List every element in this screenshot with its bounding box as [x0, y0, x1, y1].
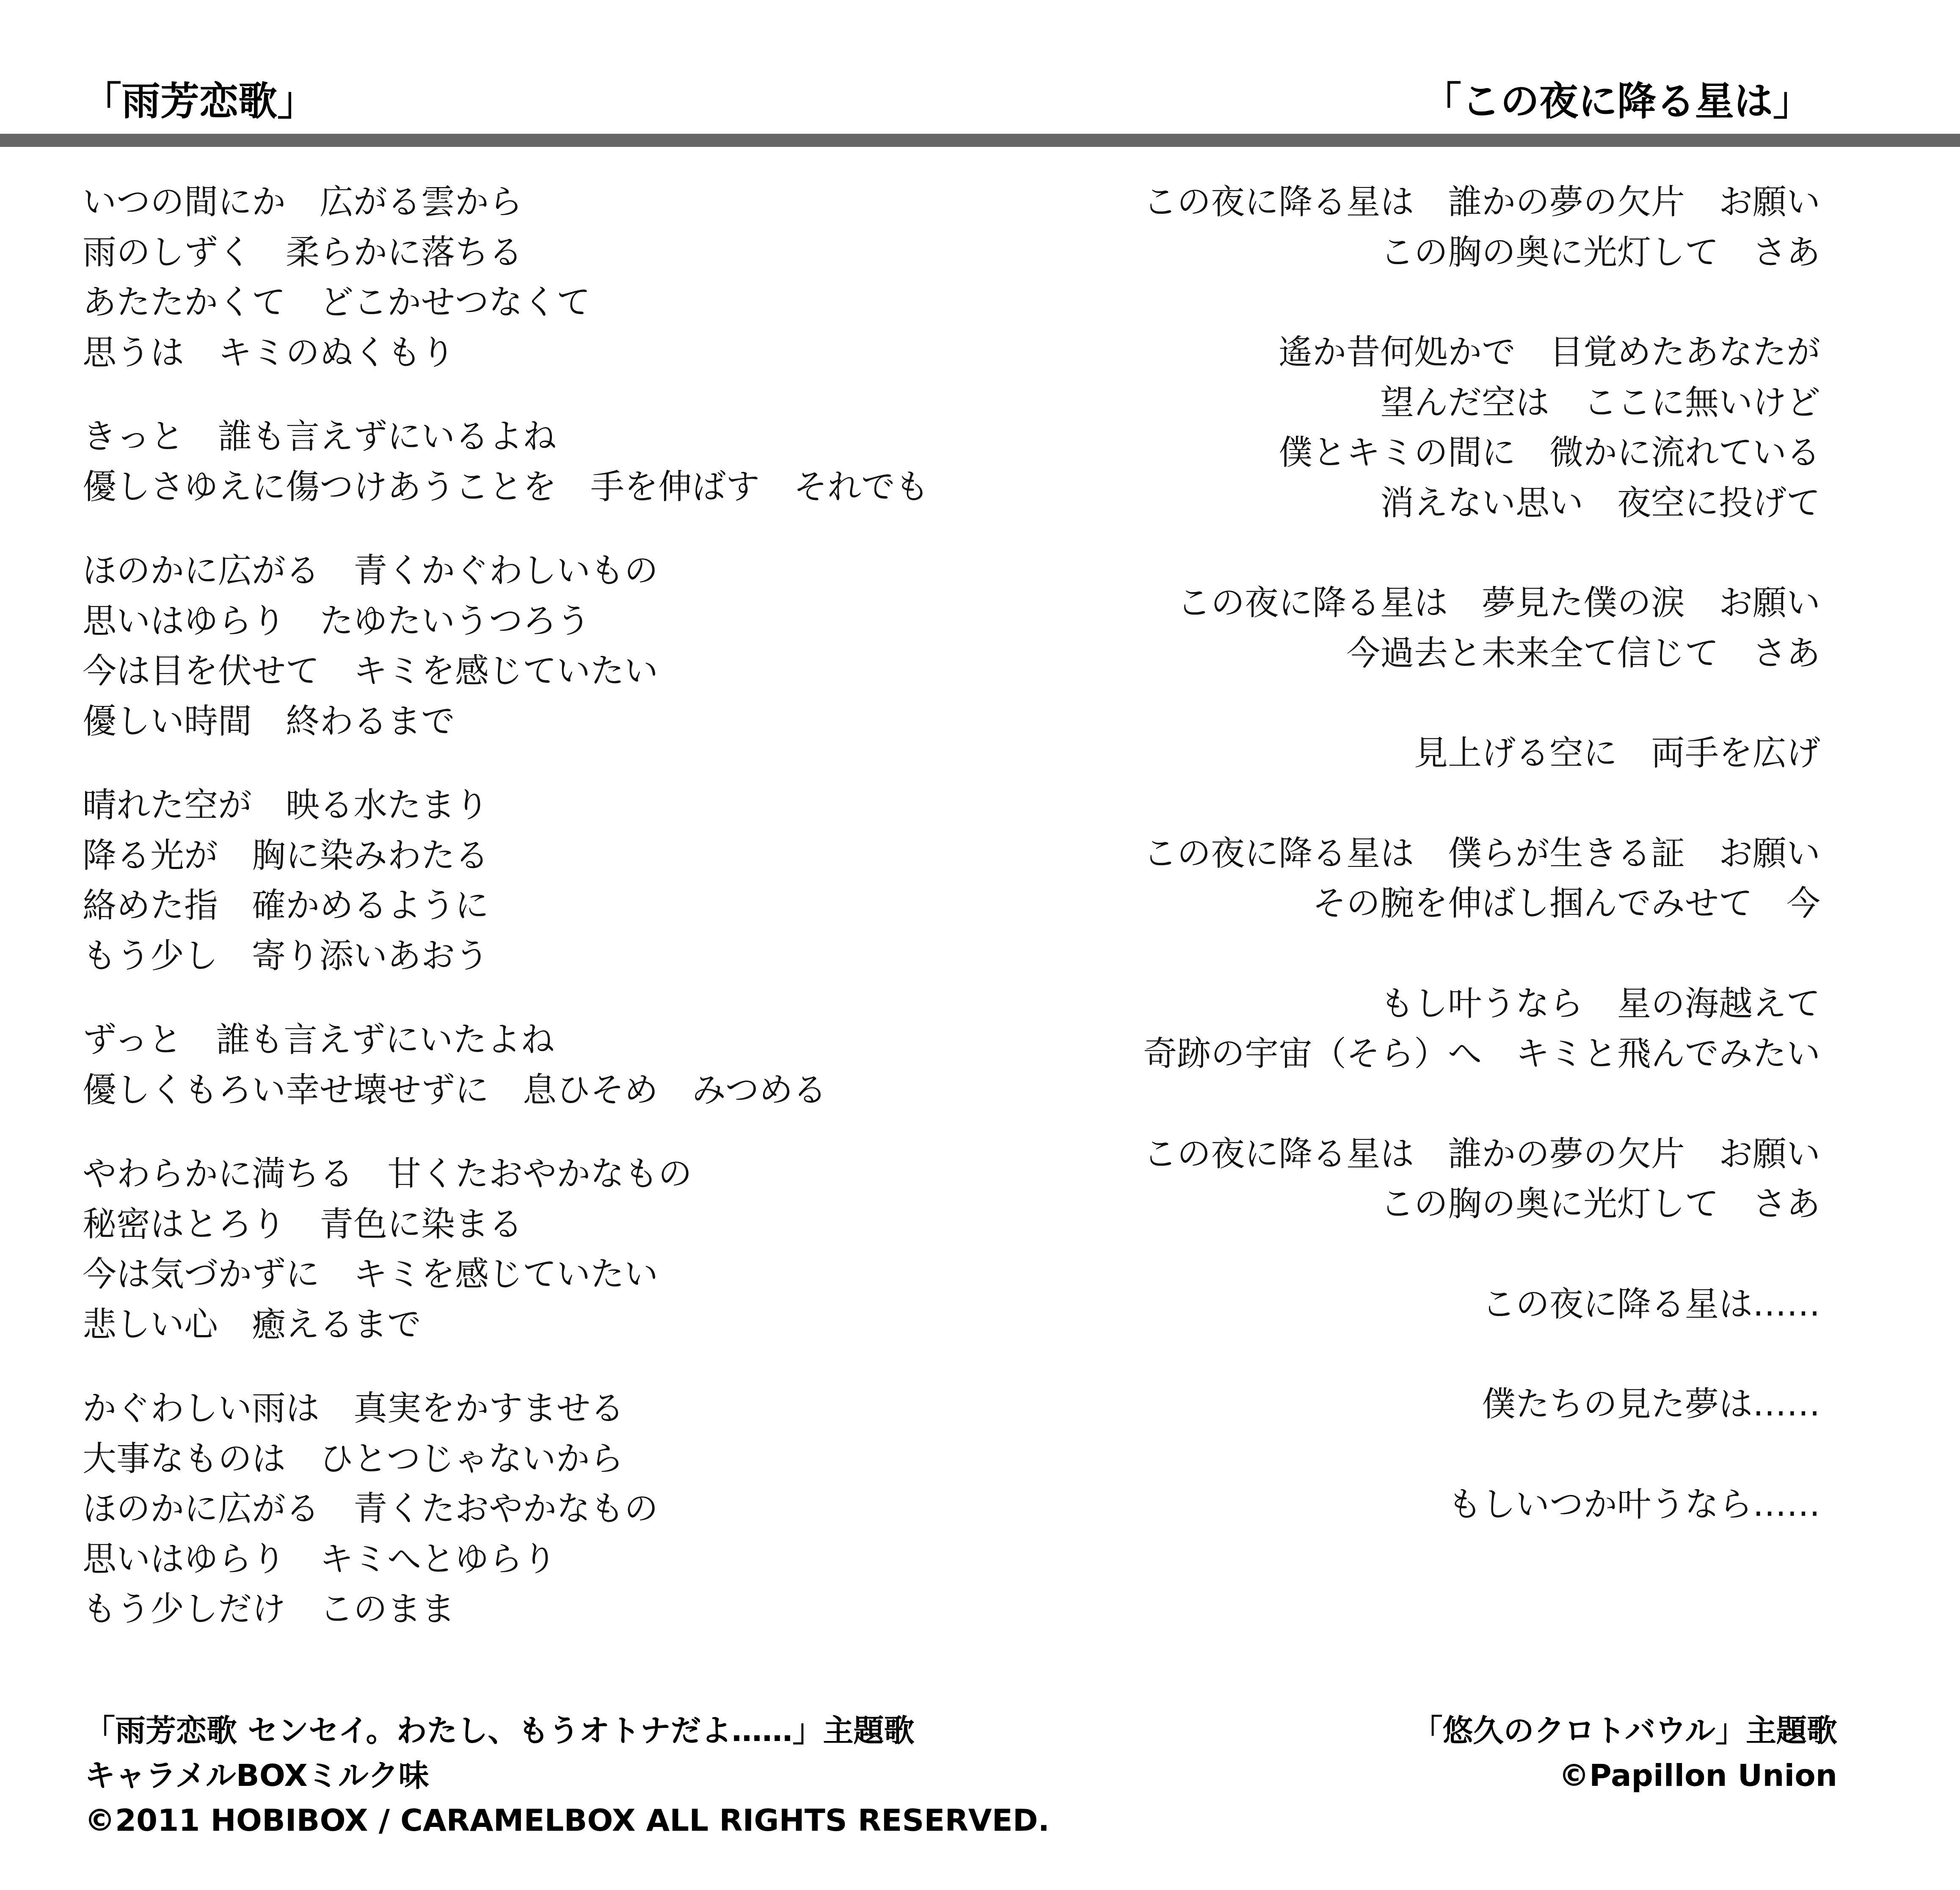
left-lyrics: いつの間にか 広がる雲から 雨のしずく 柔らかに落ちる あたたかくて どこかせつ… [83, 177, 929, 1668]
lyric-line: もしいつか叶うなら…… [1143, 1479, 1820, 1530]
lyric-stanza: ほのかに広がる 青くかぐわしいもの 思いはゆらり たゆたいうつろう 今は目を伏せ… [83, 546, 929, 746]
lyric-stanza: この夜に降る星は 夢見た僕の涙 お願い 今過去と未来全て信じて さあ [1143, 578, 1820, 678]
lyric-stanza: やわらかに満ちる 甘くたおやかなもの 秘密はとろり 青色に染まる 今は気づかずに… [83, 1149, 929, 1349]
lyric-line: ほのかに広がる 青くかぐわしいもの [83, 546, 929, 596]
lyric-line: 晴れた空が 映る水たまり [83, 780, 929, 830]
lyric-line: この胸の奥に光灯して さあ [1143, 1179, 1820, 1229]
lyric-line: 今は目を伏せて キミを感じていたい [83, 646, 929, 696]
lyric-line: この夜に降る星は…… [1143, 1279, 1820, 1330]
lyric-line: 優しくもろい幸せ壊せずに 息ひそめ みつめる [83, 1065, 929, 1115]
left-song-title: 「雨芳恋歌」 [83, 78, 316, 125]
lyric-line: ほのかに広がる 青くたおやかなもの [83, 1484, 929, 1534]
credit-line: 「雨芳恋歌 センセイ。わたし、もうオトナだよ……」主題歌 [85, 1708, 1050, 1753]
lyric-line: 見上げる空に 両手を広げ [1143, 728, 1820, 778]
lyric-line: 僕たちの見た夢は…… [1143, 1379, 1820, 1429]
lyric-stanza: もしいつか叶うなら…… [1143, 1479, 1820, 1530]
lyric-line: 秘密はとろり 青色に染まる [83, 1199, 929, 1250]
lyric-line: この夜に降る星は 誰かの夢の欠片 お願い [1143, 177, 1820, 227]
left-credits: 「雨芳恋歌 センセイ。わたし、もうオトナだよ……」主題歌 キャラメルBOXミルク… [85, 1708, 1050, 1843]
lyric-stanza: きっと 誰も言えずにいるよね 優しさゆえに傷つけあうことを 手を伸ばす それでも [83, 411, 929, 512]
lyric-line: 絡めた指 確かめるように [83, 880, 929, 931]
lyric-line: 僕とキミの間に 微かに流れている [1143, 428, 1820, 478]
lyric-line: いつの間にか 広がる雲から [83, 177, 929, 227]
lyric-line: 望んだ空は ここに無いけど [1143, 378, 1820, 428]
lyric-line: あたたかくて どこかせつなくて [83, 277, 929, 328]
lyric-line: 優しい時間 終わるまで [83, 696, 929, 747]
lyric-line: 優しさゆえに傷つけあうことを 手を伸ばす それでも [83, 462, 929, 512]
lyric-stanza: この夜に降る星は 誰かの夢の欠片 お願い この胸の奥に光灯して さあ [1143, 177, 1820, 277]
lyric-line: 思いはゆらり キミへとゆらり [83, 1534, 929, 1584]
lyric-stanza: もし叶うなら 星の海越えて 奇跡の宇宙（そら）へ キミと飛んでみたい [1143, 979, 1820, 1079]
lyric-line: 奇跡の宇宙（そら）へ キミと飛んでみたい [1143, 1029, 1820, 1079]
lyric-line: この夜に降る星は 僕らが生きる証 お願い [1143, 828, 1820, 879]
lyric-stanza: 晴れた空が 映る水たまり 降る光が 胸に染みわたる 絡めた指 確かめるように も… [83, 780, 929, 981]
lyric-line: 悲しい心 癒えるまで [83, 1300, 929, 1350]
lyric-line: かぐわしい雨は 真実をかすませる [83, 1383, 929, 1434]
lyric-line: 思うは キミのぬくもり [83, 328, 929, 378]
lyric-line: 消えない思い 夜空に投げて [1143, 478, 1820, 528]
header-divider [0, 134, 1960, 147]
lyric-stanza: この夜に降る星は 誰かの夢の欠片 お願い この胸の奥に光灯して さあ [1143, 1129, 1820, 1229]
lyric-line: 大事なものは ひとつじゃないから [83, 1434, 929, 1484]
right-credits: 「悠久のクロトバウル」主題歌 ©Papillon Union [1412, 1708, 1837, 1798]
lyric-line: ずっと 誰も言えずにいたよね [83, 1015, 929, 1065]
copyright-line: ©Papillon Union [1412, 1753, 1837, 1798]
lyric-line: この夜に降る星は 夢見た僕の涙 お願い [1143, 578, 1820, 628]
lyric-stanza: ずっと 誰も言えずにいたよね 優しくもろい幸せ壊せずに 息ひそめ みつめる [83, 1015, 929, 1115]
lyric-line: 遙か昔何処かで 目覚めたあなたが [1143, 327, 1820, 378]
lyric-line: その腕を伸ばし掴んでみせて 今 [1143, 878, 1820, 929]
lyric-line: この夜に降る星は 誰かの夢の欠片 お願い [1143, 1129, 1820, 1179]
right-lyrics: この夜に降る星は 誰かの夢の欠片 お願い この胸の奥に光灯して さあ 遙か昔何処… [1143, 177, 1820, 1579]
lyric-line: この胸の奥に光灯して さあ [1143, 227, 1820, 278]
copyright-line: ©2011 HOBIBOX / CARAMELBOX ALL RIGHTS RE… [85, 1798, 1050, 1843]
lyric-stanza: 遙か昔何処かで 目覚めたあなたが 望んだ空は ここに無いけど 僕とキミの間に 微… [1143, 327, 1820, 528]
credit-line: 「悠久のクロトバウル」主題歌 [1412, 1708, 1837, 1753]
lyric-stanza: この夜に降る星は 僕らが生きる証 お願い その腕を伸ばし掴んでみせて 今 [1143, 828, 1820, 929]
lyric-line: 雨のしずく 柔らかに落ちる [83, 227, 929, 278]
lyric-line: やわらかに満ちる 甘くたおやかなもの [83, 1149, 929, 1199]
lyric-line: きっと 誰も言えずにいるよね [83, 411, 929, 462]
lyric-line: 今過去と未来全て信じて さあ [1143, 628, 1820, 679]
lyric-line: 今は気づかずに キミを感じていたい [83, 1249, 929, 1300]
lyric-line: もう少しだけ このまま [83, 1584, 929, 1634]
lyric-stanza: 僕たちの見た夢は…… [1143, 1379, 1820, 1429]
right-song-title: 「この夜に降る星は」 [1422, 78, 1812, 125]
lyric-stanza: いつの間にか 広がる雲から 雨のしずく 柔らかに落ちる あたたかくて どこかせつ… [83, 177, 929, 378]
credit-line: キャラメルBOXミルク味 [85, 1753, 1050, 1798]
lyric-line: 降る光が 胸に染みわたる [83, 830, 929, 881]
lyric-line: 思いはゆらり たゆたいうつろう [83, 596, 929, 646]
lyric-stanza: かぐわしい雨は 真実をかすませる 大事なものは ひとつじゃないから ほのかに広が… [83, 1383, 929, 1634]
lyric-line: もう少し 寄り添いあおう [83, 931, 929, 981]
lyric-line: もし叶うなら 星の海越えて [1143, 979, 1820, 1029]
lyric-stanza: 見上げる空に 両手を広げ [1143, 728, 1820, 778]
lyric-stanza: この夜に降る星は…… [1143, 1279, 1820, 1330]
